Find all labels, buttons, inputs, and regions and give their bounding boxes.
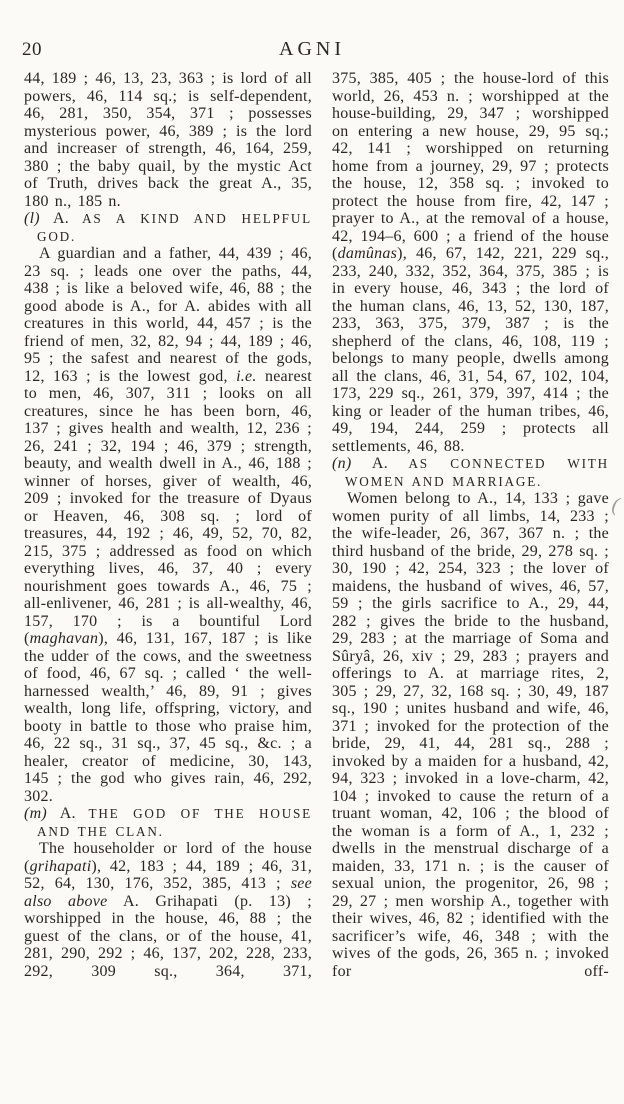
section-heading-m: (m) A. THE GOD OF THE HOUSE AND THE CLAN… xyxy=(24,805,312,840)
text-segment: grihapati xyxy=(30,858,92,875)
index-entry-continuation-right: 375, 385, 405 ; the house-lord of this w… xyxy=(332,70,609,455)
text-segment: A. xyxy=(53,210,82,227)
running-title: AGNI xyxy=(0,38,624,61)
text-segment: i.e. xyxy=(236,368,257,385)
page-number: 20 xyxy=(22,39,42,61)
index-entry-continuation-left: 44, 189 ; 46, 13, 23, 363 ; is lord of a… xyxy=(24,70,312,210)
index-entry-women-and-marriage: Women belong to A., 14, 133 ; gave women… xyxy=(332,490,609,980)
text-segment: A. xyxy=(60,805,89,822)
text-segment: A. xyxy=(372,455,409,472)
text-segment: ), 46, 67, 142, 221, 229 sq., 233, 240, … xyxy=(332,245,609,455)
right-column: 375, 385, 405 ; the house-lord of this w… xyxy=(332,70,609,1104)
text-segment: damûnas xyxy=(338,245,398,262)
text-columns: 44, 189 ; 46, 13, 23, 363 ; is lord of a… xyxy=(24,70,609,1104)
margin-pen-mark: ( xyxy=(610,494,621,518)
section-heading-l: (l) A. AS A KIND AND HELPFUL GOD. xyxy=(24,210,312,245)
text-segment: A guardian and a father, 44, 439 ; 46, 2… xyxy=(24,245,312,385)
index-entry-house-and-clan: The householder or lord of the house (gr… xyxy=(24,840,312,980)
text-segment: 375, 385, 405 ; the house-lord of this w… xyxy=(332,70,609,262)
page-header: 20 AGNI xyxy=(0,38,624,62)
section-heading-n: (n) A. AS CONNECTED WITH WOMEN AND MARRI… xyxy=(332,455,609,490)
text-segment: nearest to men, 46, 307, 311 ; looks on … xyxy=(24,368,312,648)
text-segment: (n) xyxy=(332,455,372,472)
text-segment: ), 46, 131, 167, 187 ; is like the udder… xyxy=(24,630,312,805)
text-segment: (m) xyxy=(24,805,60,822)
text-segment: 44, 189 ; 46, 13, 23, 363 ; is lord of a… xyxy=(24,70,312,210)
text-segment: (l) xyxy=(24,210,53,227)
book-page: 20 AGNI 44, 189 ; 46, 13, 23, 363 ; is l… xyxy=(0,0,624,1104)
index-entry-kind-helpful-god: A guardian and a father, 44, 439 ; 46, 2… xyxy=(24,245,312,805)
left-column: 44, 189 ; 46, 13, 23, 363 ; is lord of a… xyxy=(24,70,312,1104)
text-segment: maghavan xyxy=(30,630,99,647)
text-segment: Women belong to A., 14, 133 ; gave women… xyxy=(332,490,609,980)
